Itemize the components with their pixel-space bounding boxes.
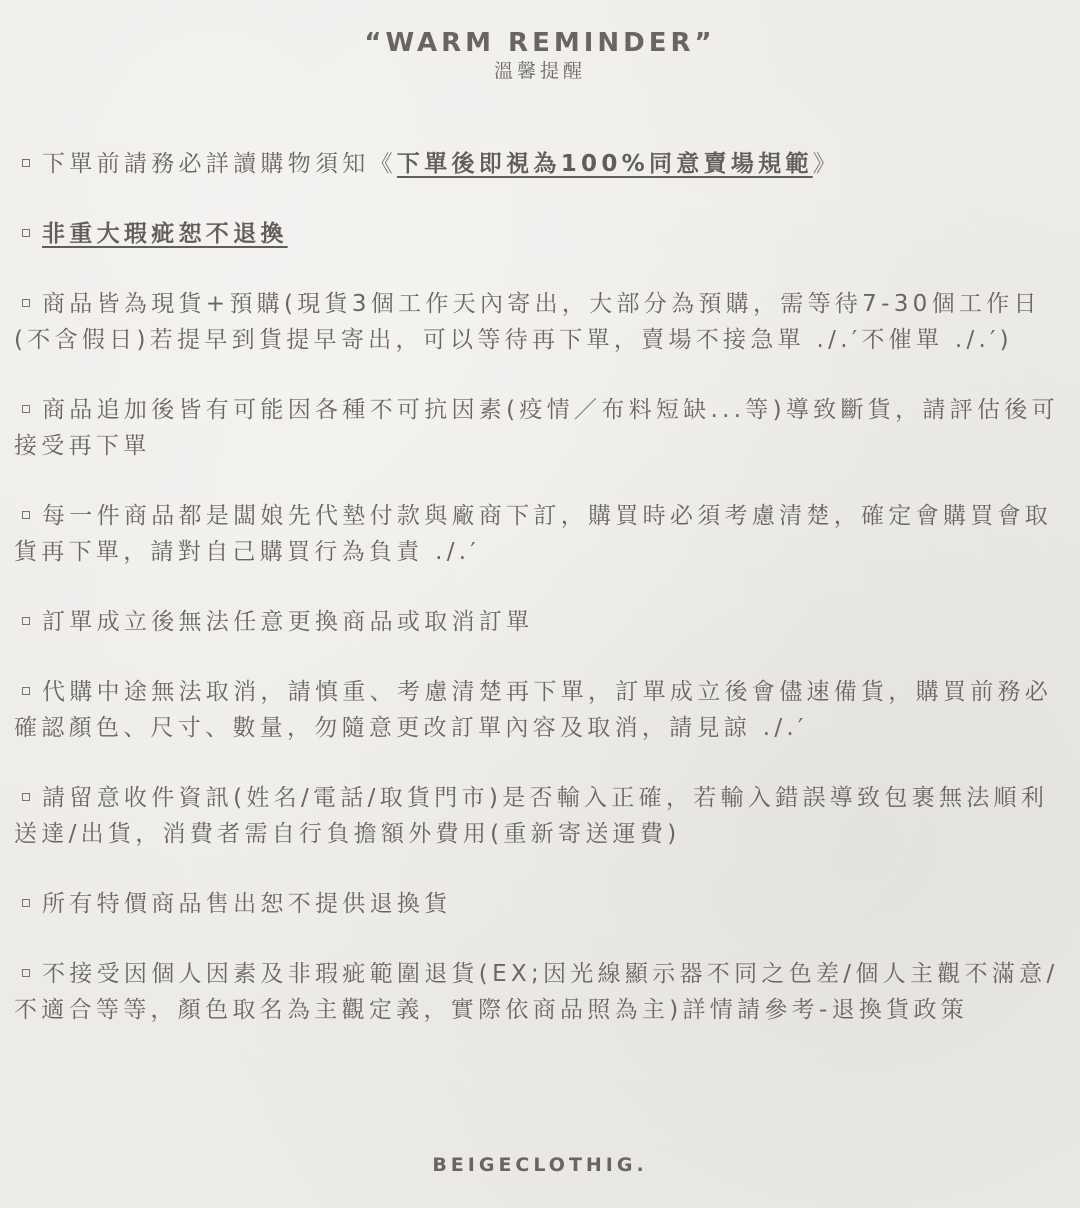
square-bullet-icon [22, 969, 30, 977]
list-item-sale-items: 所有特價商品售出恕不提供退換貨 [14, 886, 1074, 922]
item-text: 代購中途無法取消，請慎重、考慮清楚再下單，訂單成立後會儘速備貨，購買前務必確認顏… [14, 679, 1052, 741]
list-item-advance-payment: 每一件商品都是闆娘先代墊付款與廠商下訂，購買時必須考慮清楚，確定會購買會取貨再下… [14, 498, 1074, 570]
emphasized-text: 下單後即視為100%同意賣場規範 [397, 151, 813, 177]
header: “WARM REMINDER” 溫馨提醒 [0, 28, 1080, 84]
square-bullet-icon [22, 405, 30, 413]
list-item-return-policy: 不接受因個人因素及非瑕疵範圍退貨(EX;因光線顯示器不同之色差/個人主觀不滿意/… [14, 956, 1074, 1028]
square-bullet-icon [22, 229, 30, 237]
square-bullet-icon [22, 159, 30, 167]
square-bullet-icon [22, 511, 30, 519]
item-text: 商品追加後皆有可能因各種不可抗因素(疫情／布料短缺...等)導致斷貨，請評估後可… [14, 397, 1059, 459]
item-text: 下單前請務必詳讀購物須知《 [42, 151, 397, 177]
item-text: 每一件商品都是闆娘先代墊付款與廠商下訂，購買時必須考慮清楚，確定會購買會取貨再下… [14, 503, 1052, 565]
list-item-no-change-order: 訂單成立後無法任意更換商品或取消訂單 [14, 604, 1074, 640]
item-text: 所有特價商品售出恕不提供退換貨 [42, 891, 452, 917]
item-text-end: 》 [813, 151, 840, 177]
square-bullet-icon [22, 793, 30, 801]
list-item-no-returns: 非重大瑕疵恕不退換 [14, 216, 1074, 252]
title-english: “WARM REMINDER” [0, 28, 1080, 58]
list-item-out-of-stock: 商品追加後皆有可能因各種不可抗因素(疫情／布料短缺...等)導致斷貨，請評估後可… [14, 392, 1074, 464]
item-text: 請留意收件資訊(姓名/電話/取貨門市)是否輸入正確，若輸入錯誤導致包裹無法順利送… [14, 785, 1048, 847]
list-item-read-terms: 下單前請務必詳讀購物須知《下單後即視為100%同意賣場規範》 [14, 146, 1074, 182]
list-item-stock-preorder: 商品皆為現貨+預購(現貨3個工作天內寄出，大部分為預購，需等待7-30個工作日(… [14, 286, 1074, 358]
emphasized-text: 非重大瑕疵恕不退換 [42, 221, 288, 247]
square-bullet-icon [22, 687, 30, 695]
list-item-no-cancel: 代購中途無法取消，請慎重、考慮清楚再下單，訂單成立後會儘速備貨，購買前務必確認顏… [14, 674, 1074, 746]
square-bullet-icon [22, 617, 30, 625]
item-text: 商品皆為現貨+預購(現貨3個工作天內寄出，大部分為預購，需等待7-30個工作日(… [14, 291, 1041, 353]
brand-footer: BEIGECLOTHIG. [0, 1154, 1080, 1176]
square-bullet-icon [22, 299, 30, 307]
item-text: 訂單成立後無法任意更換商品或取消訂單 [42, 609, 533, 635]
title-chinese: 溫馨提醒 [0, 58, 1080, 84]
square-bullet-icon [22, 899, 30, 907]
reminder-list: 下單前請務必詳讀購物須知《下單後即視為100%同意賣場規範》 非重大瑕疵恕不退換… [14, 146, 1074, 1062]
list-item-shipping-info: 請留意收件資訊(姓名/電話/取貨門市)是否輸入正確，若輸入錯誤導致包裹無法順利送… [14, 780, 1074, 852]
item-text: 不接受因個人因素及非瑕疵範圍退貨(EX;因光線顯示器不同之色差/個人主觀不滿意/… [14, 961, 1059, 1023]
